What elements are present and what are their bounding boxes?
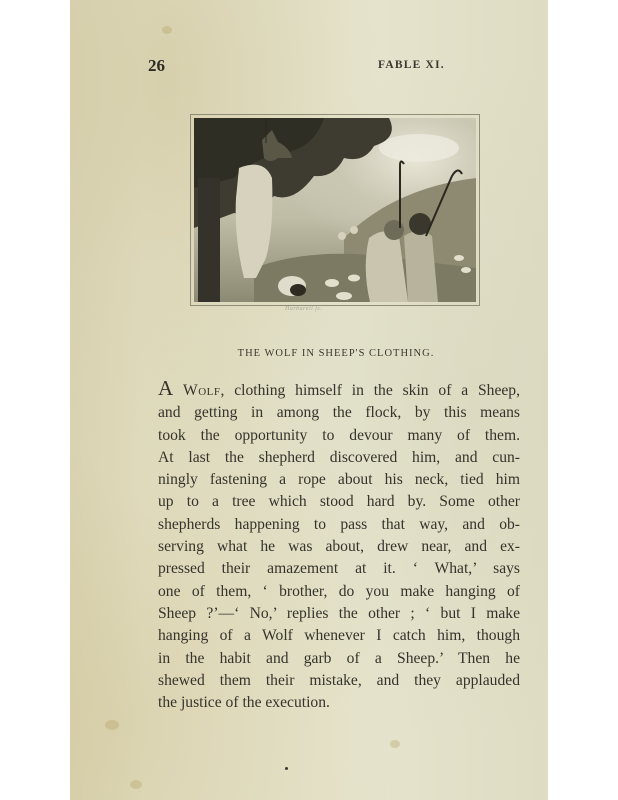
text-line: shewed them their mistake, and they appl… <box>158 670 520 692</box>
foxing-spot <box>105 720 119 730</box>
foxing-spot <box>162 26 172 34</box>
fable-body-text: A Wolf, clothing himself in the skin of … <box>158 377 520 714</box>
text-line: Sheep ?’—‘ No,’ replies the other ; ‘ bu… <box>158 603 520 625</box>
text-line: At last the shepherd discovered him, and… <box>158 447 520 469</box>
text-line: serving what he was about, drew near, an… <box>158 536 520 558</box>
text-line: the justice of the execution. <box>158 692 520 714</box>
page-number: 26 <box>148 56 165 76</box>
book-page: 26 FABLE XI. <box>70 0 548 800</box>
illustration-plate <box>190 114 480 306</box>
text-line: took the opportunity to devour many of t… <box>158 425 520 447</box>
foxing-spot <box>390 740 400 748</box>
text-line: pressed their amazement at it. ‘ What,’ … <box>158 558 520 580</box>
text-line-fragment: , clothing himself in the skin of a Shee… <box>221 382 521 399</box>
ink-speck <box>285 767 288 770</box>
text-line: hanging of a Wolf whenever I catch him, … <box>158 625 520 647</box>
running-head: 26 FABLE XI. <box>148 56 478 78</box>
text-line: shepherds happening to pass that way, an… <box>158 514 520 536</box>
engraving-image <box>194 118 476 302</box>
text-line: in the habit and garb of a Sheep.’ Then … <box>158 648 520 670</box>
text-line: ningly fastening a rope about his neck, … <box>158 469 520 491</box>
fable-number-heading: FABLE XI. <box>378 59 445 71</box>
wolf-in-sheeps-clothing-engraving <box>194 118 476 302</box>
text-line: and getting in among the flock, by this … <box>158 402 520 424</box>
text-line: up to a tree which stood hard by. Some o… <box>158 491 520 513</box>
fable-title-caption: THE WOLF IN SHEEP'S CLOTHING. <box>219 348 453 359</box>
opening-letter: A <box>158 376 173 400</box>
foxing-spot <box>130 780 142 789</box>
text-line: A Wolf, clothing himself in the skin of … <box>158 377 520 402</box>
engraver-credit: Harbarell fc. <box>285 306 323 312</box>
opening-word: Wolf <box>183 382 221 399</box>
text-line: one of them, ‘ brother, do you make hang… <box>158 581 520 603</box>
